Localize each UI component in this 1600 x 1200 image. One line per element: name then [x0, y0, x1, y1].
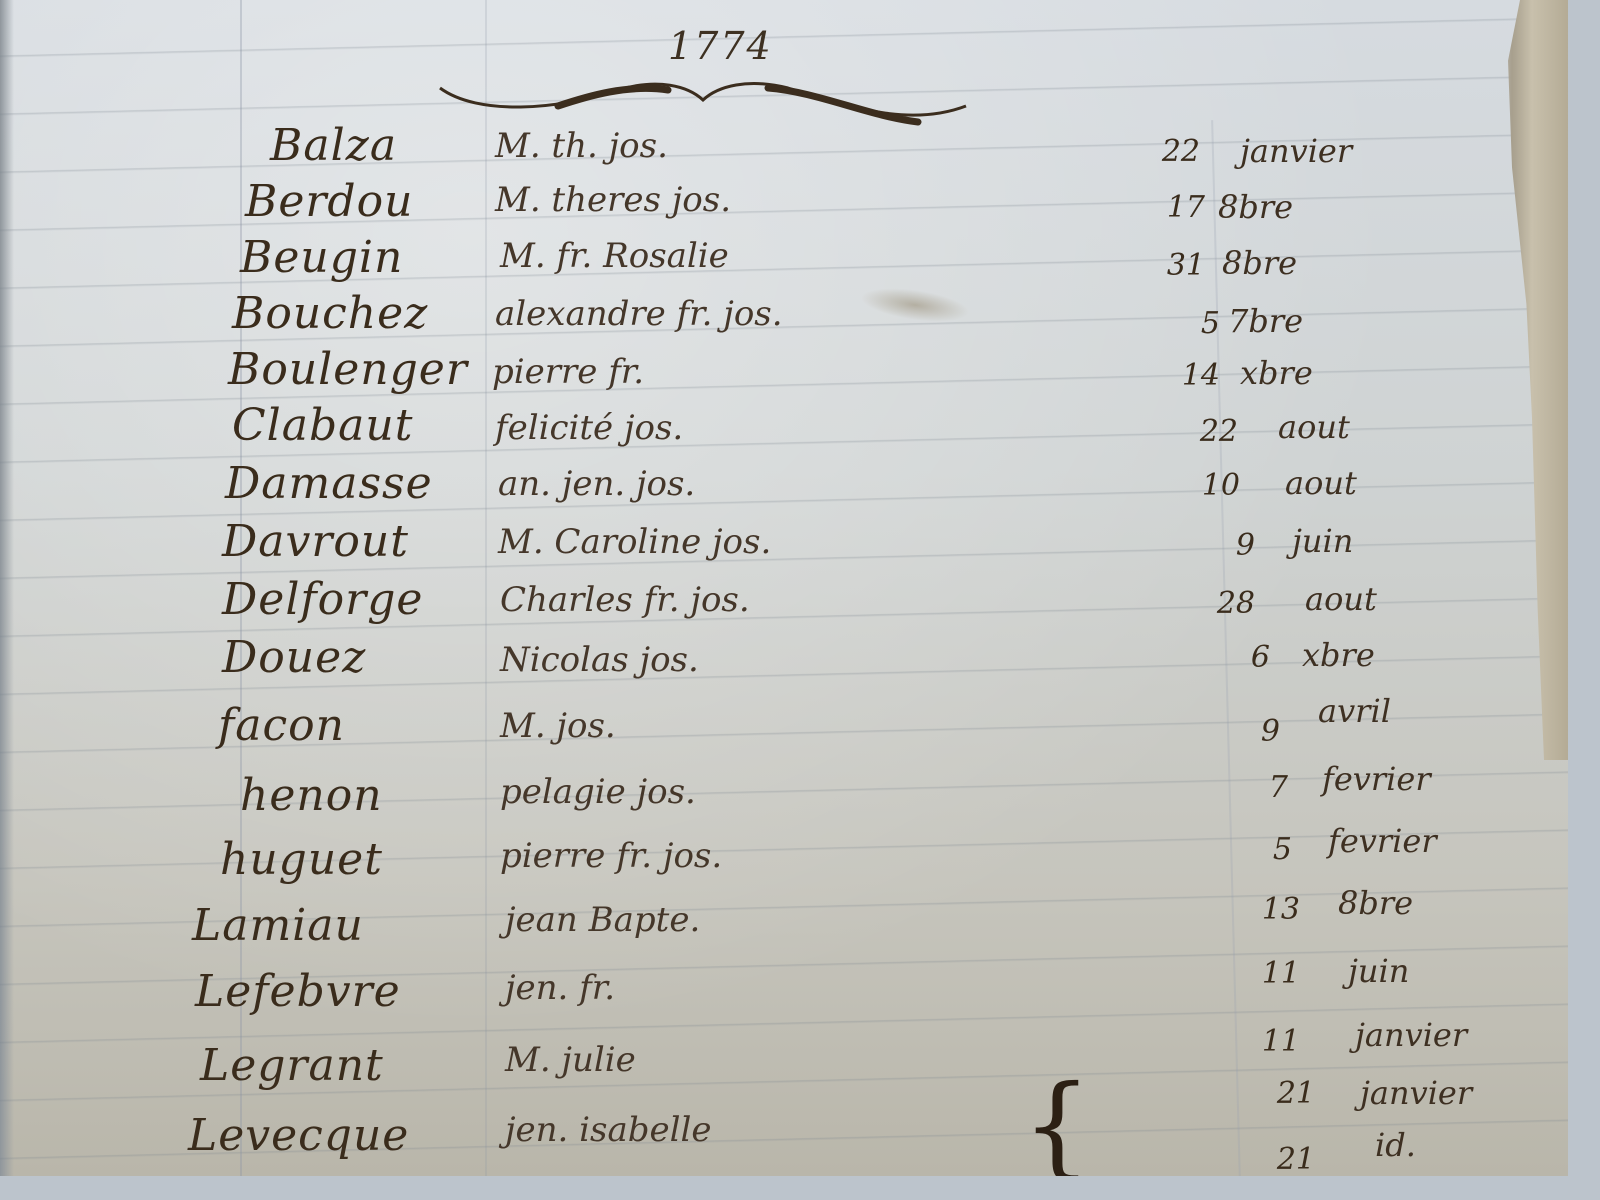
entry-month: xbre: [1240, 354, 1313, 392]
register-entry: Balza M. th. jos. 22 janvier: [0, 120, 1568, 178]
entry-month: id.: [1375, 1126, 1416, 1164]
entry-given-names: pierre fr. jos.: [500, 836, 722, 876]
entry-day: 6: [1210, 640, 1270, 675]
register-entry: Berdou M. theres jos. 17 8bre: [0, 176, 1568, 234]
entry-surname: henon: [240, 770, 383, 821]
entry-month: juin: [1292, 522, 1353, 560]
entry-day: 11: [1240, 956, 1300, 991]
entry-surname: Damasse: [225, 458, 433, 509]
register-entry: Delforge Charles fr. jos. 28 aout: [0, 574, 1568, 632]
entry-given-names: M. th. jos.: [495, 126, 668, 166]
entry-day: 13: [1240, 892, 1300, 927]
entry-day: 5: [1160, 306, 1220, 341]
register-entry: huguet pierre fr. jos. 5 fevrier: [0, 834, 1568, 892]
entry-surname: Legrant: [200, 1040, 384, 1091]
register-entry: Clabaut felicité jos. 22 aout: [0, 400, 1568, 458]
register-entry: Bouchez alexandre fr. jos. 5 7bre: [0, 288, 1568, 346]
entry-given-names: M. julie: [505, 1040, 636, 1080]
entry-day: 9: [1195, 528, 1255, 563]
entry-surname: Douez: [222, 632, 366, 683]
entry-given-names: pierre fr.: [492, 352, 644, 392]
entry-month: fevrier: [1328, 822, 1437, 860]
entry-surname: facon: [218, 700, 345, 751]
entry-day: 5: [1232, 832, 1292, 867]
register-entry: 21 id.: [0, 1150, 1568, 1176]
register-entry: Douez Nicolas jos. 6 xbre: [0, 632, 1568, 690]
entry-surname: Lamiau: [192, 900, 364, 951]
entry-surname: Lefebvre: [195, 966, 401, 1017]
entry-surname: Delforge: [222, 574, 423, 625]
entry-month: 8bre: [1222, 244, 1297, 282]
entry-day: 21: [1255, 1076, 1315, 1111]
register-entry: Boulenger pierre fr. 14 xbre: [0, 344, 1568, 402]
entry-month: avril: [1318, 692, 1391, 730]
entry-surname: Beugin: [240, 232, 403, 283]
register-entry: Lamiau jean Bapte. 13 8bre: [0, 900, 1568, 958]
register-entry: facon M. jos. 9 avril: [0, 700, 1568, 758]
entry-surname: Berdou: [245, 176, 413, 227]
entry-month: xbre: [1302, 636, 1375, 674]
register-entry: Lefebvre jen. fr. 11 juin: [0, 966, 1568, 1024]
entry-day: 11: [1240, 1024, 1300, 1059]
entry-surname: Clabaut: [232, 400, 413, 451]
entry-given-names: jen. fr.: [505, 968, 615, 1008]
entry-given-names: jean Bapte.: [505, 900, 700, 940]
entry-day: 22: [1140, 134, 1200, 169]
entry-month: janvier: [1360, 1074, 1472, 1112]
entry-given-names: M. jos.: [500, 706, 616, 746]
entry-day: 14: [1160, 358, 1220, 393]
register-entry: Davrout M. Caroline jos. 9 juin: [0, 516, 1568, 574]
entry-month: aout: [1278, 408, 1350, 446]
entry-month: fevrier: [1322, 760, 1431, 798]
entry-given-names: Charles fr. jos.: [500, 580, 750, 620]
register-entry: Beugin M. fr. Rosalie 31 8bre: [0, 232, 1568, 290]
page-year-heading: 1774: [668, 24, 773, 68]
entry-given-names: alexandre fr. jos.: [495, 294, 783, 334]
register-entry: Damasse an. jen. jos. 10 aout: [0, 458, 1568, 516]
entry-day: 9: [1220, 714, 1280, 749]
entry-month: 8bre: [1338, 884, 1413, 922]
entry-given-names: M. fr. Rosalie: [500, 236, 729, 276]
entry-day: 7: [1228, 770, 1288, 805]
entry-month: 8bre: [1218, 188, 1293, 226]
entry-surname: Boulenger: [228, 344, 468, 395]
register-entry: henon pelagie jos. 7 fevrier: [0, 770, 1568, 828]
entry-day: 28: [1195, 586, 1255, 621]
entry-surname: huguet: [220, 834, 383, 885]
entry-surname: Balza: [270, 120, 397, 171]
entry-month: janvier: [1355, 1016, 1467, 1054]
entry-day: 22: [1178, 414, 1238, 449]
entry-surname: Davrout: [222, 516, 409, 567]
entry-given-names: Nicolas jos.: [500, 640, 699, 680]
entry-day: 10: [1180, 468, 1240, 503]
entry-month: aout: [1305, 580, 1377, 618]
entry-day: 31: [1145, 248, 1205, 283]
entry-given-names: felicité jos.: [495, 408, 683, 448]
entry-month: juin: [1348, 952, 1409, 990]
entry-given-names: pelagie jos.: [500, 772, 696, 812]
entry-surname: Bouchez: [232, 288, 428, 339]
entry-given-names: M. Caroline jos.: [498, 522, 771, 562]
register-entry: Legrant M. julie 11 janvier: [0, 1040, 1568, 1098]
register-page: 1774 Balza M. th. jos. 22 janvier Berdou…: [0, 0, 1568, 1176]
entry-month: 7bre: [1228, 302, 1303, 340]
entry-given-names: an. jen. jos.: [498, 464, 695, 504]
entry-month: aout: [1285, 464, 1357, 502]
entry-given-names: jen. isabelle: [505, 1110, 712, 1150]
entry-day: 17: [1145, 190, 1205, 225]
entry-month: janvier: [1240, 132, 1352, 170]
entry-day: 21: [1255, 1142, 1315, 1176]
entry-given-names: M. theres jos.: [495, 180, 731, 220]
curly-brace-mark-icon: {: [1022, 1070, 1092, 1176]
